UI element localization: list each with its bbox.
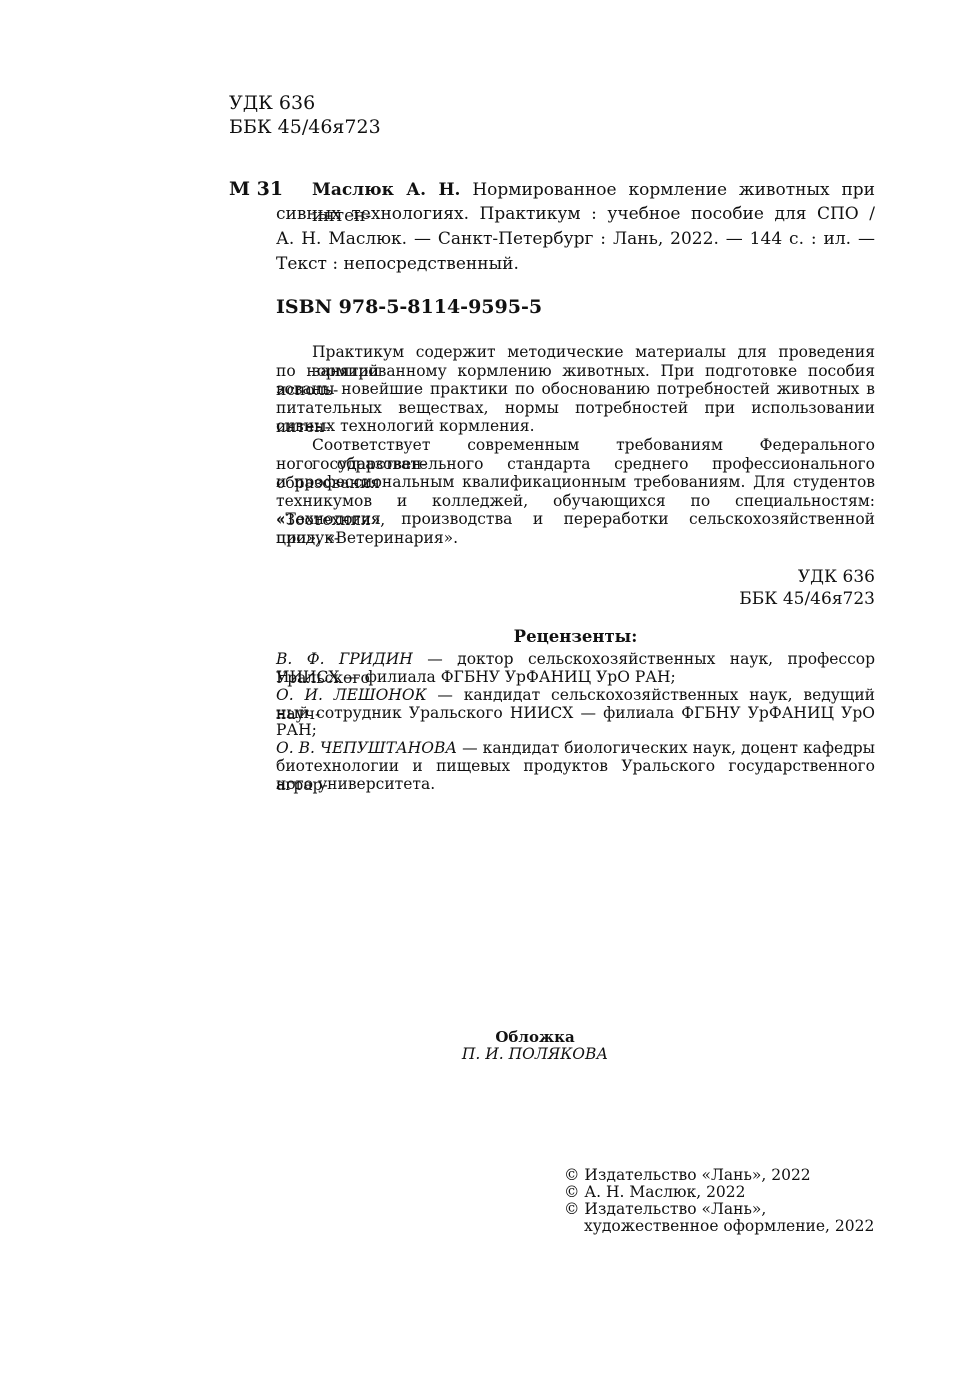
reviewer-2-line-3: РАН; bbox=[276, 721, 317, 740]
reviewer-3-name: О. В. ЧЕПУШТАНОВА bbox=[276, 739, 457, 757]
copyright-line-3: © Издательство «Лань», bbox=[564, 1200, 766, 1219]
annotation-p2-line-3: и профессиональным квалификационным треб… bbox=[276, 473, 875, 492]
reviewer-3-line-1: О. В. ЧЕПУШТАНОВА — кандидат биологическ… bbox=[276, 739, 875, 758]
copyright-line-4: художественное оформление, 2022 bbox=[584, 1217, 874, 1236]
bib-line-3: А. Н. Маслюк. — Санкт-Петербург : Лань, … bbox=[276, 226, 875, 252]
annotation-p1-line-5: сивных технологий кормления. bbox=[276, 417, 535, 436]
reviewer-3-text: — кандидат биологических наук, доцент ка… bbox=[457, 739, 875, 757]
cover-designer: П. И. ПОЛЯКОВА bbox=[410, 1045, 660, 1063]
reviewers-heading: Рецензенты: bbox=[276, 627, 875, 647]
author-mark: М 31 bbox=[229, 176, 283, 202]
reviewer-2-name: О. И. ЛЕШОНОК bbox=[276, 686, 427, 704]
annotation-p1-line-3: зованы новейшие практики по обоснованию … bbox=[276, 380, 875, 399]
copyright-line-1: © Издательство «Лань», 2022 bbox=[564, 1166, 811, 1185]
copyright-line-2: © А. Н. Маслюк, 2022 bbox=[564, 1183, 746, 1202]
reviewer-3-line-3: ного университета. bbox=[276, 775, 435, 794]
reviewer-1-name: В. Ф. ГРИДИН bbox=[276, 650, 413, 668]
bbk-bottom: ББК 45/46я723 bbox=[600, 586, 875, 612]
bib-author: Маслюк А. Н. bbox=[312, 180, 460, 200]
book-imprint-page: УДК 636 ББК 45/46я723 М 31 Маслюк А. Н. … bbox=[0, 0, 975, 1388]
isbn: ISBN 978-5-8114-9595-5 bbox=[276, 294, 542, 320]
bbk-top: ББК 45/46я723 bbox=[229, 114, 381, 140]
annotation-p2-line-6: ции», «Ветеринария». bbox=[276, 529, 458, 548]
udk-top: УДК 636 bbox=[229, 90, 315, 116]
bib-line-2: сивных технологиях. Практикум : учебное … bbox=[276, 201, 875, 227]
bib-line-4: Текст : непосредственный. bbox=[276, 251, 519, 277]
reviewer-2-line-2: ный сотрудник Уральского НИИСХ — филиала… bbox=[276, 704, 875, 723]
reviewer-1-line-2: НИИСХ — филиала ФГБНУ УрФАНИЦ УрО РАН; bbox=[276, 668, 676, 687]
cover-label: Обложка bbox=[435, 1028, 635, 1046]
